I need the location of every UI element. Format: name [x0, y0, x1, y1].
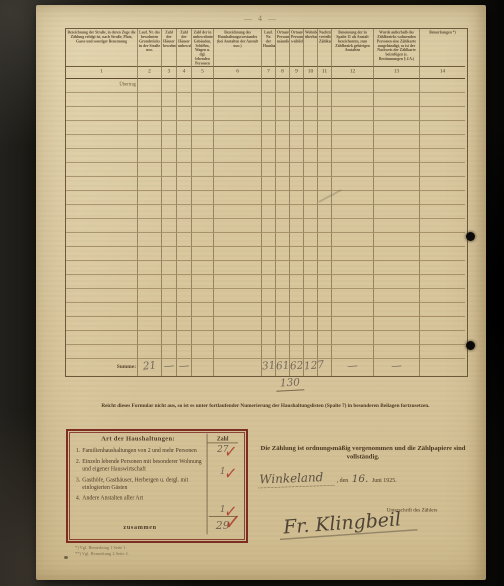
table-cell [304, 331, 318, 345]
table-cell [192, 107, 214, 121]
table-cell [177, 317, 192, 331]
table-cell [177, 261, 192, 275]
table-cell [290, 93, 304, 107]
date-handwritten: 16. [350, 472, 370, 485]
table-cell [420, 345, 465, 359]
table-cell [262, 331, 276, 345]
sum-cell [192, 359, 214, 376]
column-number: 3 [162, 67, 177, 79]
item-label: Gasthöfe, Gasthäuser, Herbergen u. dergl… [82, 476, 204, 491]
total-label: zusammen [72, 523, 208, 530]
table-cell [138, 121, 162, 135]
column-header: Zahl der in unbewohnten Gebäuden, Schiff… [192, 29, 214, 67]
column-number-text: 10 [304, 67, 317, 74]
table-cell [374, 121, 420, 135]
punch-hole-top [466, 232, 475, 241]
table-cell [262, 303, 276, 317]
table-cell [162, 219, 177, 233]
table-cell [138, 247, 162, 261]
table-cell [420, 331, 465, 345]
column-header-text: Zahl der in unbewohnten Gebäuden, Schiff… [192, 29, 213, 67]
item-label: Familienhaushaltungen von 2 und mehr Per… [82, 447, 196, 455]
red-checkmark: ✓ [223, 508, 242, 538]
count-column: Zahl 27 ✓ 1 ✓ ✓ 1 ✓ 29 ✓ [207, 434, 238, 535]
sum-value: — [374, 358, 420, 374]
table-cell [304, 121, 318, 135]
table-cell [138, 79, 162, 93]
table-cell [192, 205, 214, 219]
table-cell [318, 233, 332, 247]
table-cell [304, 233, 318, 247]
column-number-text: 8 [276, 67, 289, 74]
table-cell [304, 317, 318, 331]
table-cell [177, 191, 192, 205]
table-cell [318, 93, 332, 107]
item-number: 3. [72, 476, 82, 491]
sum-value: — [177, 359, 192, 372]
table-cell [304, 205, 318, 219]
date-suffix: Juni 1925. [370, 477, 399, 484]
table-cell [290, 79, 304, 93]
table-cell [420, 261, 465, 275]
column-header-text: Wohnbevölkerung überhaupt [304, 29, 317, 41]
table-cell [214, 93, 262, 107]
column-header-text: Benennung der in Spalte 11 als Anstalt b… [332, 29, 373, 54]
table-cell [304, 93, 318, 107]
table-cell [138, 177, 162, 191]
column-number: 9 [290, 67, 304, 79]
column-number: 10 [304, 67, 318, 79]
table-cell [162, 177, 177, 191]
sum-cell [214, 359, 262, 376]
table-cell [177, 247, 192, 261]
table-cell [276, 317, 290, 331]
table-cell [262, 345, 276, 359]
sum-cell: 31 [262, 359, 276, 376]
table-cell [192, 345, 214, 359]
table-cell [374, 219, 420, 233]
table-cell [262, 275, 276, 289]
column-header-text: Lauf. Nr. des bewohnten Grundstücks in d… [138, 29, 161, 54]
table-cell [138, 205, 162, 219]
table-cell [332, 205, 374, 219]
table-cell [332, 345, 374, 359]
table-cell [162, 233, 177, 247]
table-cell [318, 275, 332, 289]
sum-value: 61 [276, 359, 290, 372]
table-cell [318, 345, 332, 359]
sum-cell: 21 [138, 359, 162, 376]
table-cell [318, 107, 332, 121]
table-cell [66, 121, 138, 135]
table-cell [374, 163, 420, 177]
table-cell [276, 275, 290, 289]
table-cell [214, 177, 262, 191]
table-cell [304, 163, 318, 177]
table-cell [66, 233, 138, 247]
sum-cell: Summe: [66, 359, 138, 376]
table-cell [214, 247, 262, 261]
table-cell [420, 149, 465, 163]
column-header-text: Bemerkungen *) [420, 29, 465, 36]
table-cell [214, 219, 262, 233]
table-cell [262, 219, 276, 233]
table-cell [318, 247, 332, 261]
table-cell [138, 163, 162, 177]
table-cell [332, 247, 374, 261]
table-cell [66, 261, 138, 275]
table-cell [420, 289, 465, 303]
table-cell [318, 331, 332, 345]
table-cell [192, 121, 214, 135]
column-header-text: Ortsanwesende Personen männlich [276, 29, 289, 45]
table-cell [304, 107, 318, 121]
table-cell [177, 331, 192, 345]
table-cell [276, 135, 290, 149]
table-cell [66, 345, 138, 359]
column-header: Ortsanwesende Personen weiblich [290, 29, 304, 67]
table-cell [304, 79, 318, 93]
table-cell [262, 107, 276, 121]
table-cell [332, 331, 374, 345]
table-cell [332, 275, 374, 289]
table-cell [374, 93, 420, 107]
table-cell [332, 317, 374, 331]
column-header-text: Zahl der Häuser unbewohnt [177, 29, 191, 50]
table-cell [177, 163, 192, 177]
table-cell [177, 345, 192, 359]
sum-cell: 62 [290, 359, 304, 376]
table-cell [162, 261, 177, 275]
table-cell [276, 219, 290, 233]
table-cell [177, 135, 192, 149]
table-cell [177, 149, 192, 163]
table-cell [177, 93, 192, 107]
table-cell [138, 331, 162, 345]
table-cell [304, 345, 318, 359]
table-cell [262, 317, 276, 331]
column-number: 5 [192, 67, 214, 79]
table-cell [374, 317, 420, 331]
table-cell [262, 135, 276, 149]
punch-hole-bottom [466, 341, 475, 350]
column-header-text: Nachträglich verteilte Zählkarten [318, 29, 331, 45]
table-cell [420, 135, 465, 149]
table-cell [162, 163, 177, 177]
table-cell [276, 191, 290, 205]
table-cell [332, 149, 374, 163]
table-cell [276, 205, 290, 219]
table-cell [66, 247, 138, 261]
table-cell [374, 135, 420, 149]
column-header-text: Bezeichnung des Haushaltungsvorstandes (… [214, 29, 261, 50]
table-cell [276, 303, 290, 317]
table-cell [304, 247, 318, 261]
table-cell [420, 121, 465, 135]
sum-value: 127 [304, 359, 318, 372]
sum-label: Summe: [51, 363, 136, 369]
table-cell [177, 289, 192, 303]
table-cell [318, 205, 332, 219]
table-cell [276, 261, 290, 275]
table-cell [192, 177, 214, 191]
table-cell [214, 121, 262, 135]
table-cell [290, 233, 304, 247]
table-cell [276, 233, 290, 247]
table-cell [66, 135, 138, 149]
table-cell [262, 205, 276, 219]
column-number-text: 14 [420, 67, 465, 74]
table-cell [276, 177, 290, 191]
table-cell [276, 345, 290, 359]
table-cell [138, 275, 162, 289]
column-number-text: 2 [138, 67, 161, 74]
sum-cell: — [374, 359, 420, 376]
table-cell [276, 79, 290, 93]
table-cell [214, 163, 262, 177]
table-cell [138, 219, 162, 233]
table-cell [177, 121, 192, 135]
table-cell [332, 289, 374, 303]
table-cell [290, 205, 304, 219]
table-cell [374, 303, 420, 317]
table-cell [276, 121, 290, 135]
table-cell [304, 149, 318, 163]
sum-cell [318, 359, 332, 376]
table-cell [276, 331, 290, 345]
table-cell [304, 275, 318, 289]
table-cell [374, 233, 420, 247]
table-cell [177, 79, 192, 93]
table-cell [318, 261, 332, 275]
table-cell [290, 177, 304, 191]
table-cell [276, 93, 290, 107]
column-number-text: 9 [290, 67, 303, 74]
table-cell [420, 163, 465, 177]
table-cell [177, 303, 192, 317]
table-cell [66, 331, 138, 345]
household-type-item: 3. Gasthöfe, Gasthäuser, Herbergen u. de… [72, 476, 204, 491]
table-cell [318, 289, 332, 303]
table-cell [66, 219, 138, 233]
table-cell [290, 107, 304, 121]
column-header-text: Lauf. Nr. der Haushaltungsliste [262, 29, 275, 50]
table-cell [290, 149, 304, 163]
table-cell [262, 233, 276, 247]
table-cell [420, 219, 465, 233]
census-form-page: — 4 — Bezeichnung der Straße, in deren Z… [36, 5, 486, 580]
table-cell [318, 303, 332, 317]
table-cell [138, 261, 162, 275]
table-cell [177, 205, 192, 219]
table-cell [66, 303, 138, 317]
table-cell [214, 345, 262, 359]
table-cell [192, 163, 214, 177]
column-number-text: 11 [318, 67, 331, 74]
table-cell [332, 261, 374, 275]
column-header: Lauf. Nr. des bewohnten Grundstücks in d… [138, 29, 162, 67]
table-cell [374, 247, 420, 261]
household-types-title: Art der Haushaltungen: [72, 436, 204, 443]
sum-value: — [162, 359, 177, 372]
table-cell [214, 331, 262, 345]
table-cell [332, 177, 374, 191]
table-cell [374, 275, 420, 289]
table-cell [374, 345, 420, 359]
table-cell [214, 107, 262, 121]
table-cell [318, 163, 332, 177]
census-table: Bezeichnung der Straße, in deren Zuge di… [65, 28, 468, 377]
table-cell [332, 107, 374, 121]
table-cell [332, 135, 374, 149]
table-cell [262, 149, 276, 163]
table-cell [318, 79, 332, 93]
table-cell [290, 135, 304, 149]
table-cell [374, 331, 420, 345]
column-header: Wurde außerhalb des Zählbezirks wohnende… [374, 29, 420, 67]
column-header: Lauf. Nr. der Haushaltungsliste [262, 29, 276, 67]
column-header: Zahl der Häuser unbewohnt [177, 29, 192, 67]
column-number: 13 [374, 67, 420, 79]
table-cell [138, 345, 162, 359]
sum-cell: — [162, 359, 177, 376]
table-cell [162, 205, 177, 219]
column-number: 7 [262, 67, 276, 79]
column-number: 6 [214, 67, 262, 79]
sum-cell: 127 [304, 359, 318, 376]
table-cell [192, 317, 214, 331]
table-cell [304, 289, 318, 303]
household-type-item: 4. Andere Anstalten aller Art [72, 494, 204, 502]
column-number-text: 5 [192, 67, 213, 74]
column-number: 1 [66, 67, 138, 79]
table-cell [66, 149, 138, 163]
table-cell [162, 247, 177, 261]
table-cell [138, 233, 162, 247]
table-cell [138, 191, 162, 205]
table-cell [374, 191, 420, 205]
sum-cell: 61 [276, 359, 290, 376]
table-cell [318, 219, 332, 233]
column-header-text: Ortsanwesende Personen weiblich [290, 29, 303, 45]
table-cell [332, 93, 374, 107]
table-cell [214, 317, 262, 331]
table-cell [262, 93, 276, 107]
table-cell [420, 107, 465, 121]
column-number: 12 [332, 67, 374, 79]
column-number-text: 1 [66, 67, 137, 74]
sum-cell [420, 359, 465, 376]
table-cell [262, 163, 276, 177]
table-cell [276, 163, 290, 177]
table-cell [66, 275, 138, 289]
table-cell [304, 219, 318, 233]
table-cell [420, 233, 465, 247]
table-cell [214, 289, 262, 303]
column-header: Bezeichnung der Straße, in deren Zuge di… [66, 29, 138, 67]
table-cell [162, 135, 177, 149]
table-cell [192, 331, 214, 345]
table-cell [138, 107, 162, 121]
footnote-2: **) Vgl. Bemerkung 2 Seite 2. [75, 551, 275, 557]
table-cell [262, 121, 276, 135]
table-cell [162, 149, 177, 163]
column-number: 8 [276, 67, 290, 79]
table-cell [332, 163, 374, 177]
date-prefix: , den [335, 477, 351, 484]
table-cell [332, 303, 374, 317]
table-cell [304, 191, 318, 205]
paper-speck [64, 556, 68, 559]
table-cell [290, 191, 304, 205]
table-cell [420, 303, 465, 317]
table-cell [66, 289, 138, 303]
household-types-box: Art der Haushaltungen: 1. Familienhausha… [66, 429, 248, 543]
column-header: Ortsanwesende Personen männlich [276, 29, 290, 67]
item-label: Andere Anstalten aller Art [82, 494, 143, 502]
sum-value: 21 [138, 359, 162, 373]
household-type-item: 2. Einzeln lebende Personen mit besonder… [72, 458, 204, 473]
table-cell [138, 289, 162, 303]
column-header: Zahl der Häuser bewohnt [162, 29, 177, 67]
column-number-text: 6 [214, 67, 261, 74]
table-cell [214, 205, 262, 219]
table-cell [290, 331, 304, 345]
column-number: 14 [420, 67, 465, 79]
column-header-text: Zahl der Häuser bewohnt [162, 29, 176, 50]
column-number-text: 7 [262, 67, 275, 74]
table-cell [262, 177, 276, 191]
table-cell [262, 191, 276, 205]
household-type-item: 1. Familienhaushaltungen von 2 und mehr … [72, 447, 204, 455]
table-cell [304, 303, 318, 317]
table-cell [192, 93, 214, 107]
table-cell [138, 303, 162, 317]
table-cell [192, 289, 214, 303]
table-cell [162, 317, 177, 331]
table-cell [420, 177, 465, 191]
column-header-text: Wurde außerhalb des Zählbezirks wohnende… [374, 29, 419, 63]
table-cell [214, 79, 262, 93]
item-number: 1. [72, 447, 82, 455]
table-cell [290, 121, 304, 135]
table-cell [192, 149, 214, 163]
table-cell [177, 107, 192, 121]
sum-carry-value: 130 [276, 376, 305, 391]
table-cell [138, 93, 162, 107]
table-cell [66, 177, 138, 191]
table-cell [66, 205, 138, 219]
table-cell [66, 93, 138, 107]
column-number-text: 12 [332, 67, 373, 74]
table-cell [290, 261, 304, 275]
table-cell [66, 317, 138, 331]
table-cell [318, 121, 332, 135]
table-cell [420, 275, 465, 289]
table-cell [374, 107, 420, 121]
table-cell [192, 233, 214, 247]
sum-value: 62 [290, 359, 304, 372]
table-cell [374, 205, 420, 219]
table-cell [192, 219, 214, 233]
table-cell [262, 79, 276, 93]
table-cell [138, 317, 162, 331]
page-number: — 4 — [36, 14, 486, 23]
place-handwritten: Winkeland [258, 470, 335, 488]
sum-cell: — [177, 359, 192, 376]
item-number: 2. [72, 458, 82, 473]
table-cell [374, 177, 420, 191]
